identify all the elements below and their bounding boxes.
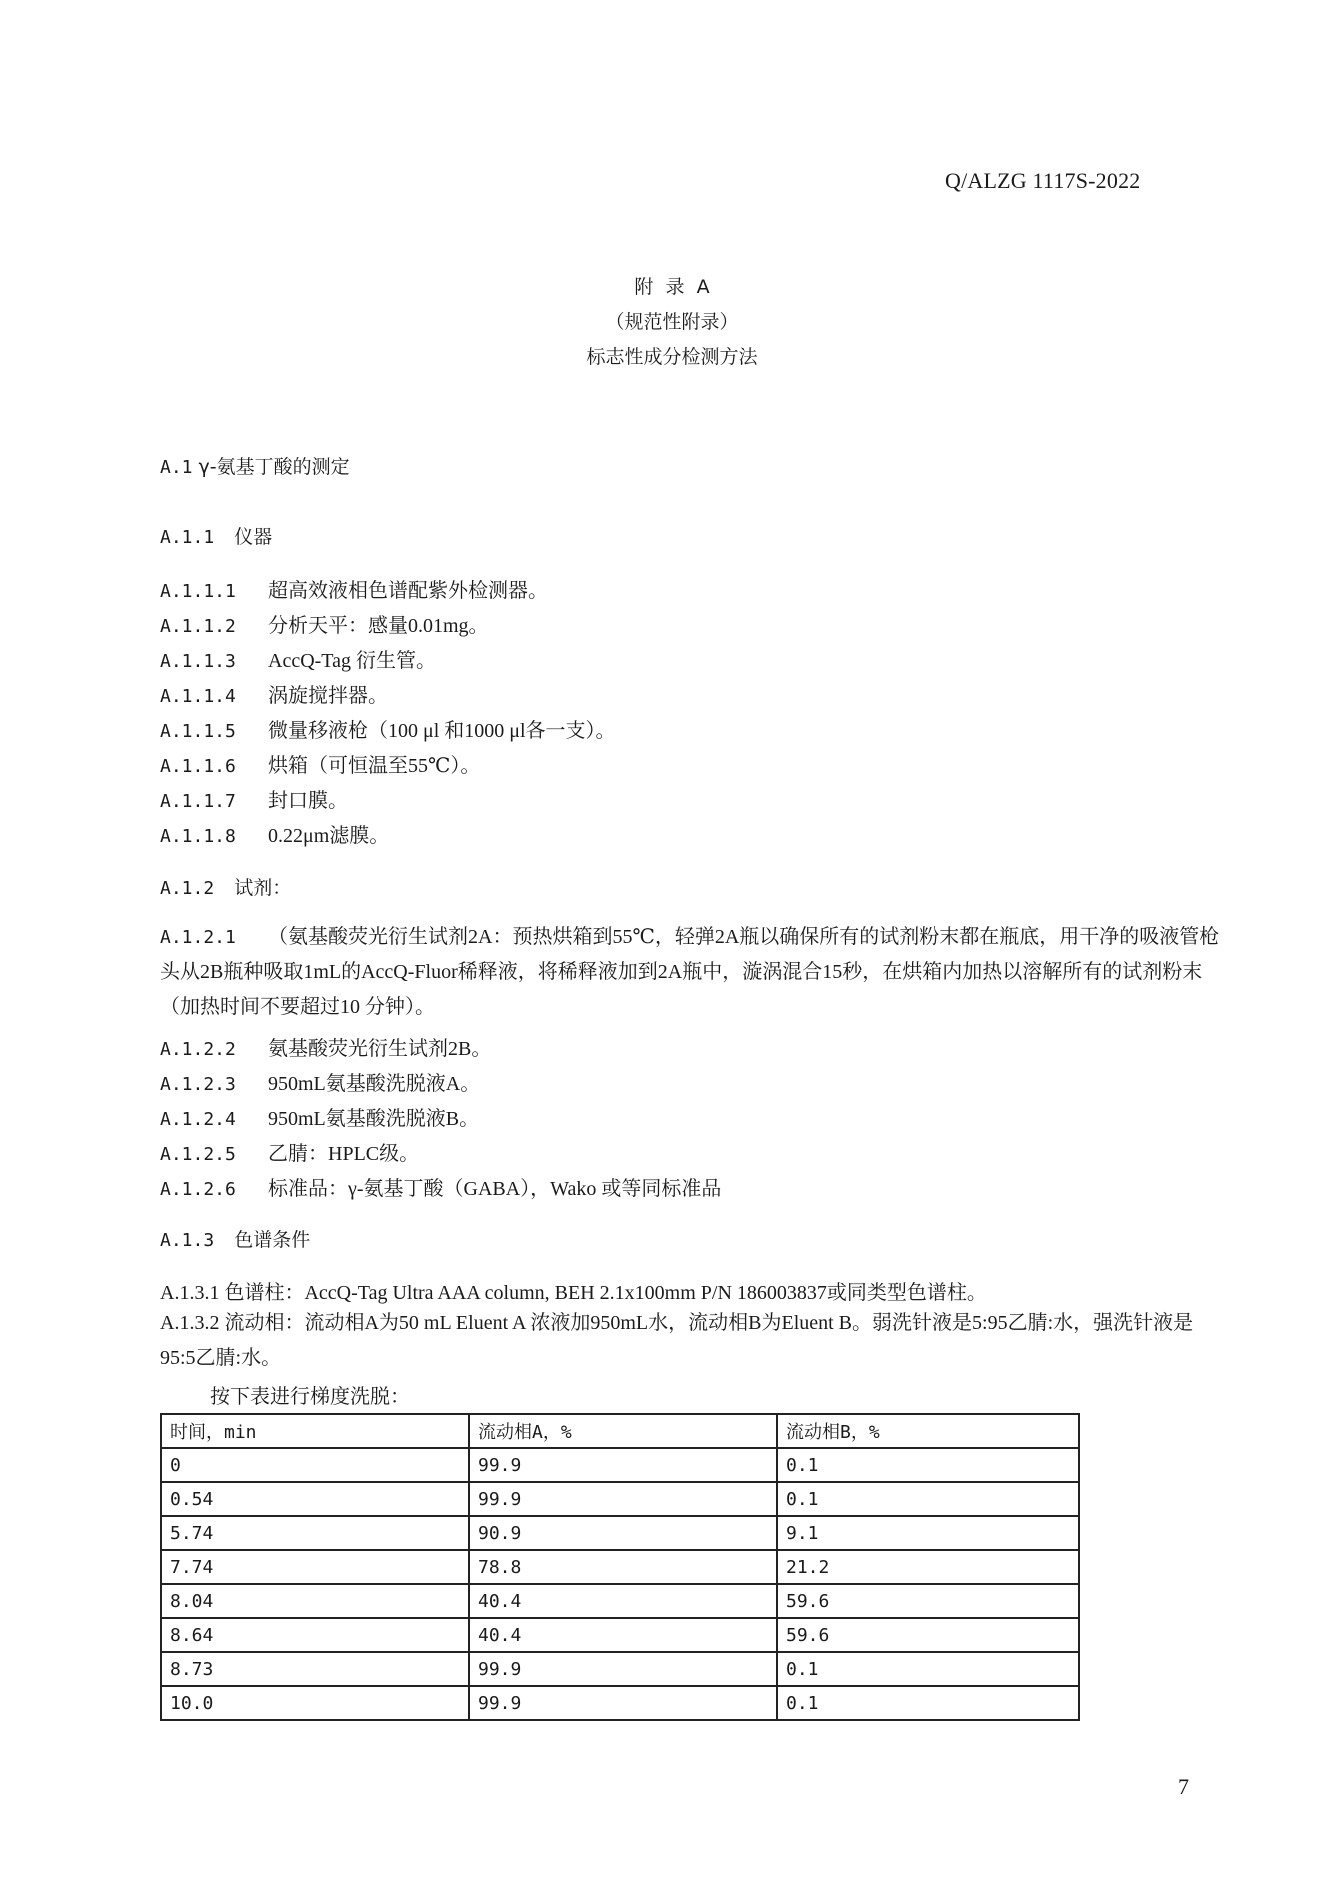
appendix-title: 标志性成分检测方法 <box>0 342 1344 369</box>
table-cell: 59.6 <box>777 1618 1079 1652</box>
list-item: A.1.1.1超高效液相色谱配紫外检测器。 <box>160 574 548 603</box>
item-number: A.1.1.8 <box>160 826 268 847</box>
item-number: A.1.1.7 <box>160 791 268 812</box>
table-row: 8.04 40.4 59.6 <box>161 1584 1079 1618</box>
table-cell: 78.8 <box>469 1550 777 1584</box>
table-cell: 99.9 <box>469 1686 777 1720</box>
section-heading-a13: A.1.3色谱条件 <box>160 1225 310 1252</box>
item-text: 氨基酸荧光衍生试剂2B。 <box>268 1038 491 1060</box>
table-cell: 99.9 <box>469 1448 777 1482</box>
item-text: 超高效液相色谱配紫外检测器。 <box>268 580 548 602</box>
table-cell: 0.1 <box>777 1652 1079 1686</box>
item-number: A.1.2.1 <box>160 920 268 955</box>
section-heading-a12: A.1.2试剂： <box>160 873 291 900</box>
item-text: 分析天平：感量0.01mg。 <box>268 615 489 637</box>
table-row: 8.64 40.4 59.6 <box>161 1618 1079 1652</box>
table-row: 10.0 99.9 0.1 <box>161 1686 1079 1720</box>
section-title: 仪器 <box>234 526 272 548</box>
header-cell: 流动相A，% <box>469 1414 777 1448</box>
list-item: A.1.1.4涡旋搅拌器。 <box>160 679 388 708</box>
appendix-type: （规范性附录） <box>0 307 1344 334</box>
list-item: A.1.1.6烘箱（可恒温至55℃）。 <box>160 749 480 778</box>
table-cell: 90.9 <box>469 1516 777 1550</box>
section-heading-a11: A.1.1仪器 <box>160 522 272 549</box>
table-header-row: 时间，min 流动相A，% 流动相B，% <box>161 1414 1079 1448</box>
list-item: A.1.1.80.22μm滤膜。 <box>160 819 389 848</box>
table-cell: 5.74 <box>161 1516 469 1550</box>
table-cell: 59.6 <box>777 1584 1079 1618</box>
table-cell: 40.4 <box>469 1618 777 1652</box>
section-number: A.1.2 <box>160 878 214 899</box>
item-number: A.1.2.6 <box>160 1179 268 1200</box>
item-number: A.1.2.3 <box>160 1074 268 1095</box>
list-item: A.1.2.1（氨基酸荧光衍生试剂2A：预热烘箱到55℃，轻弹2A瓶以确保所有的… <box>160 920 1220 1025</box>
table-cell: 9.1 <box>777 1516 1079 1550</box>
list-item: A.1.2.5乙腈：HPLC级。 <box>160 1137 419 1166</box>
section-number: A.1.3 <box>160 1230 214 1251</box>
list-item: A.1.3.2 流动相：流动相A为50 mL Eluent A 浓液加950mL… <box>160 1306 1220 1376</box>
list-item: A.1.2.2氨基酸荧光衍生试剂2B。 <box>160 1032 491 1061</box>
gradient-table: 时间，min 流动相A，% 流动相B，% 0 99.9 0.1 0.54 99.… <box>160 1413 1080 1721</box>
table-cell: 8.73 <box>161 1652 469 1686</box>
list-item: A.1.1.7封口膜。 <box>160 784 348 813</box>
item-text: 乙腈：HPLC级。 <box>268 1143 419 1165</box>
table-row: 7.74 78.8 21.2 <box>161 1550 1079 1584</box>
item-number: A.1.1.2 <box>160 616 268 637</box>
item-text: 950mL氨基酸洗脱液B。 <box>268 1108 479 1130</box>
item-text: 标准品：γ-氨基丁酸（GABA），Wako 或等同标准品 <box>268 1178 721 1200</box>
table-cell: 21.2 <box>777 1550 1079 1584</box>
page-number: 7 <box>1178 1774 1189 1800</box>
item-number: A.1.2.4 <box>160 1109 268 1130</box>
item-text: AccQ-Tag 衍生管。 <box>268 650 436 672</box>
table-cell: 0 <box>161 1448 469 1482</box>
item-text: （氨基酸荧光衍生试剂2A：预热烘箱到55℃，轻弹2A瓶以确保所有的试剂粉末都在瓶… <box>160 926 1219 1018</box>
table-cell: 99.9 <box>469 1482 777 1516</box>
table-cell: 99.9 <box>469 1652 777 1686</box>
item-number: A.1.1.1 <box>160 581 268 602</box>
table-row: 5.74 90.9 9.1 <box>161 1516 1079 1550</box>
list-item: A.1.1.5微量移液枪（100 μl 和1000 μl各一支）。 <box>160 714 616 743</box>
table-cell: 40.4 <box>469 1584 777 1618</box>
item-text: 烘箱（可恒温至55℃）。 <box>268 755 480 777</box>
table-cell: 8.04 <box>161 1584 469 1618</box>
item-number: A.1.1.3 <box>160 651 268 672</box>
list-item: A.1.3.1 色谱柱：AccQ-Tag Ultra AAA column, B… <box>160 1276 987 1305</box>
table-cell: 7.74 <box>161 1550 469 1584</box>
table-cell: 0.1 <box>777 1448 1079 1482</box>
appendix-label: 附 录 A <box>0 272 1344 299</box>
list-item: A.1.1.2分析天平：感量0.01mg。 <box>160 609 489 638</box>
table-cell: 10.0 <box>161 1686 469 1720</box>
item-text: 950mL氨基酸洗脱液A。 <box>268 1073 480 1095</box>
table-cell: 0.1 <box>777 1686 1079 1720</box>
list-item: A.1.1.3AccQ-Tag 衍生管。 <box>160 644 436 673</box>
section-heading-a1: A.1γ-氨基丁酸的测定 <box>160 452 350 479</box>
section-title: 试剂： <box>234 877 291 899</box>
item-text: 封口膜。 <box>268 790 348 812</box>
item-text: 0.22μm滤膜。 <box>268 825 389 847</box>
table-row: 8.73 99.9 0.1 <box>161 1652 1079 1686</box>
section-title: 色谱条件 <box>234 1229 310 1251</box>
section-title: γ-氨基丁酸的测定 <box>199 456 350 478</box>
section-number: A.1.1 <box>160 527 214 548</box>
table-cell: 0.54 <box>161 1482 469 1516</box>
item-text: 涡旋搅拌器。 <box>268 685 388 707</box>
item-number: A.1.2.5 <box>160 1144 268 1165</box>
header-cell: 流动相B，% <box>777 1414 1079 1448</box>
item-number: A.1.1.6 <box>160 756 268 777</box>
section-number: A.1 <box>160 457 193 478</box>
item-text: 微量移液枪（100 μl 和1000 μl各一支）。 <box>268 720 616 742</box>
table-cell: 0.1 <box>777 1482 1079 1516</box>
list-item: A.1.2.6标准品：γ-氨基丁酸（GABA），Wako 或等同标准品 <box>160 1172 721 1201</box>
header-cell: 时间，min <box>161 1414 469 1448</box>
table-intro: 按下表进行梯度洗脱： <box>210 1380 410 1409</box>
table-row: 0.54 99.9 0.1 <box>161 1482 1079 1516</box>
item-number: A.1.1.5 <box>160 721 268 742</box>
table-cell: 8.64 <box>161 1618 469 1652</box>
list-item: A.1.2.4950mL氨基酸洗脱液B。 <box>160 1102 479 1131</box>
list-item: A.1.2.3950mL氨基酸洗脱液A。 <box>160 1067 480 1096</box>
table-row: 0 99.9 0.1 <box>161 1448 1079 1482</box>
item-number: A.1.2.2 <box>160 1039 268 1060</box>
item-number: A.1.1.4 <box>160 686 268 707</box>
standard-code: Q/ALZG 1117S-2022 <box>945 168 1140 194</box>
